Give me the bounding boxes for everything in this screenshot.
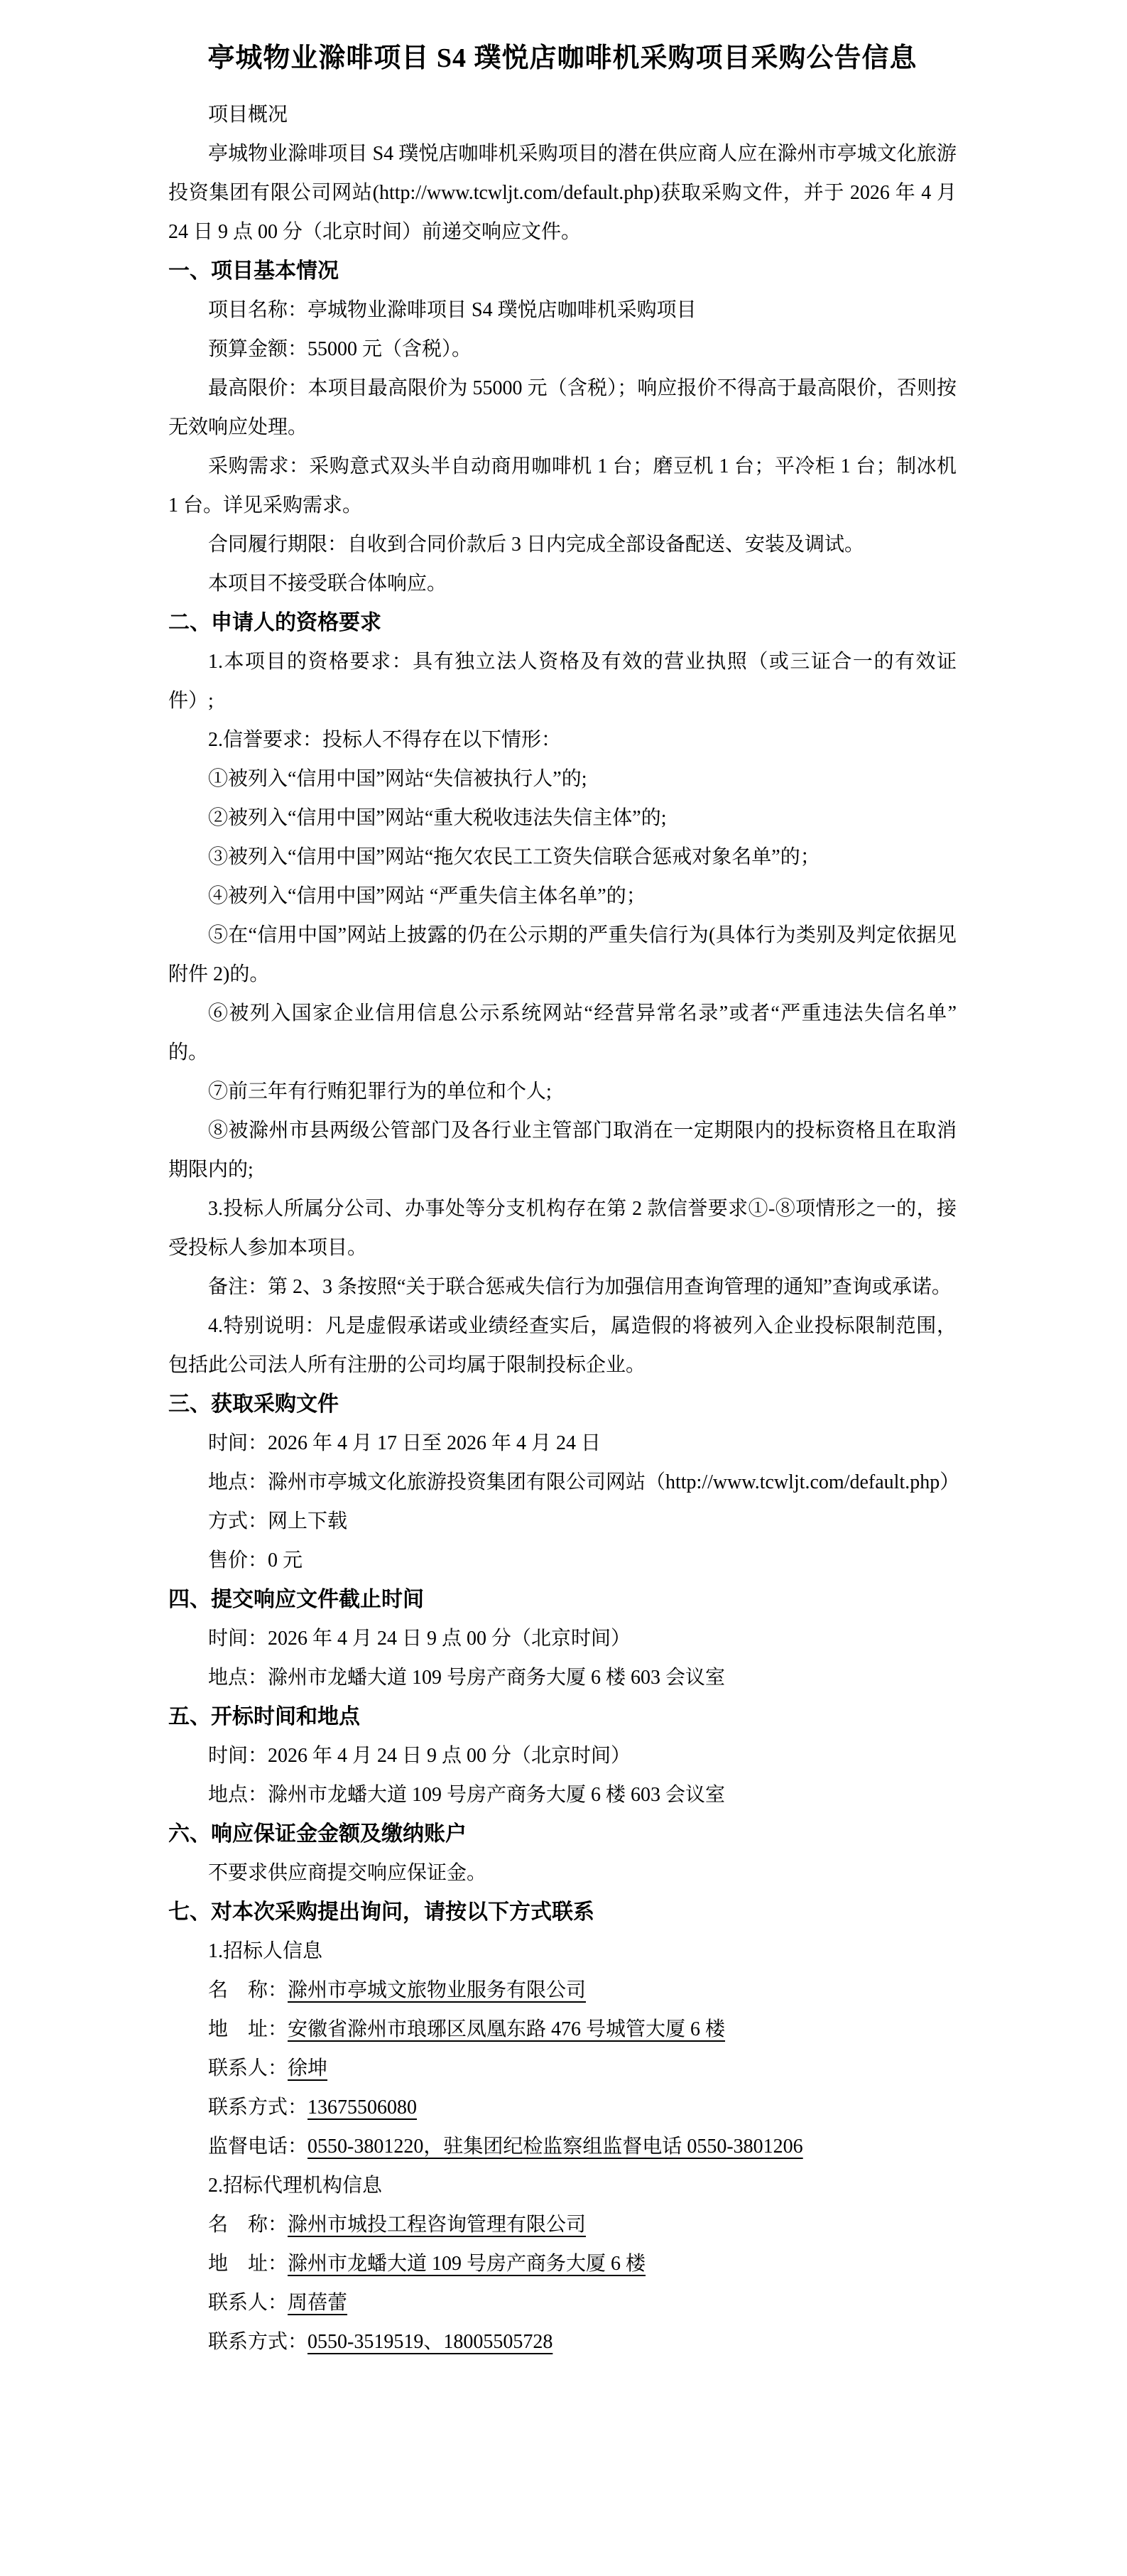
- deadline-time-line: 时间：2026 年 4 月 24 日 9 点 00 分（北京时间）: [168, 1619, 957, 1658]
- opening-time-line: 时间：2026 年 4 月 24 日 9 点 00 分（北京时间）: [168, 1736, 957, 1775]
- section-5-heading: 五、开标时间和地点: [168, 1697, 957, 1736]
- credit-case-1: ①被列入“信用中国”网站“失信被执行人”的;: [168, 759, 957, 799]
- credit-case-8: ⑧被滁州市县两级公管部门及各行业主管部门取消在一定期限内的投标资格且在取消期限内…: [168, 1111, 957, 1189]
- agency-info-title: 2.招标代理机构信息: [168, 2166, 957, 2205]
- credit-requirement-item: 2.信誉要求：投标人不得存在以下情形：: [168, 720, 957, 759]
- deposit-line: 不要求供应商提交响应保证金。: [168, 1853, 957, 1893]
- deadline-place-line: 地点：滁州市龙蟠大道 109 号房产商务大厦 6 楼 603 会议室: [168, 1658, 957, 1697]
- credit-case-5: ⑤在“信用中国”网站上披露的仍在公示期的严重失信行为(具体行为类别及判定依据见附…: [168, 916, 957, 994]
- contact-label: 名 称：: [208, 1979, 288, 2001]
- budget-line: 预算金额：55000 元（含税）。: [168, 330, 957, 369]
- bidder-contact-person-line: 联系人：徐坤: [168, 2049, 957, 2088]
- contract-term-line: 合同履行期限：自收到合同价款后 3 日内完成全部设备配送、安装及调试。: [168, 525, 957, 564]
- max-price-line: 最高限价：本项目最高限价为 55000 元（含税）；响应报价不得高于最高限价，否…: [168, 369, 957, 447]
- document-title: 亭城物业滁啡项目 S4 璞悦店咖啡机采购项目采购公告信息: [168, 33, 957, 84]
- doc-place-line: 地点：滁州市亭城文化旅游投资集团有限公司网站（http://www.tcwljt…: [168, 1463, 957, 1502]
- credit-case-6: ⑥被列入国家企业信用信息公示系统网站“经营异常名录”或者“严重违法失信名单”的。: [168, 994, 957, 1072]
- contact-label: 名 称：: [208, 2214, 288, 2236]
- contact-label: 地 址：: [208, 2253, 288, 2275]
- doc-method-line: 方式：网上下载: [168, 1502, 957, 1541]
- contact-value: 13675506080: [307, 2096, 417, 2118]
- contact-label: 地 址：: [208, 2018, 288, 2040]
- contact-value: 0550-3801220，驻集团纪检监察组监督电话 0550-3801206: [307, 2136, 803, 2158]
- special-note-clause: 4.特别说明：凡是虚假承诺或业绩经查实后，属造假的将被列入企业投标限制范围，包括…: [168, 1306, 957, 1385]
- contact-value: 滁州市龙蟠大道 109 号房产商务大厦 6 楼: [288, 2253, 646, 2275]
- section-1-heading: 一、项目基本情况: [168, 251, 957, 291]
- project-overview-label: 项目概况: [168, 95, 957, 134]
- contact-label: 联系人：: [208, 2057, 288, 2079]
- remark-clause: 备注：第 2、3 条按照“关于联合惩戒失信行为加强信用查询管理的通知”查询或承诺…: [168, 1267, 957, 1306]
- contact-label: 联系人：: [208, 2292, 288, 2314]
- agency-name-line: 名 称：滁州市城投工程咨询管理有限公司: [168, 2205, 957, 2244]
- project-name-line: 项目名称：亭城物业滁啡项目 S4 璞悦店咖啡机采购项目: [168, 291, 957, 330]
- contact-value: 滁州市城投工程咨询管理有限公司: [288, 2214, 586, 2236]
- section-3-heading: 三、获取采购文件: [168, 1385, 957, 1424]
- section-4-heading: 四、提交响应文件截止时间: [168, 1580, 957, 1619]
- bidder-info-title: 1.招标人信息: [168, 1932, 957, 1971]
- contact-value: 0550-3519519、18005505728: [307, 2331, 552, 2353]
- doc-time-line: 时间：2026 年 4 月 17 日至 2026 年 4 月 24 日: [168, 1424, 957, 1463]
- bidder-address-line: 地 址：安徽省滁州市琅琊区凤凰东路 476 号城管大厦 6 楼: [168, 2010, 957, 2049]
- contact-label: 监督电话：: [208, 2136, 307, 2158]
- agency-address-line: 地 址：滁州市龙蟠大道 109 号房产商务大厦 6 楼: [168, 2244, 957, 2283]
- branch-clause: 3.投标人所属分公司、办事处等分支机构存在第 2 款信誉要求①-⑧项情形之一的，…: [168, 1189, 957, 1267]
- credit-case-2: ②被列入“信用中国”网站“重大税收违法失信主体”的;: [168, 799, 957, 838]
- bidder-name-line: 名 称：滁州市亭城文旅物业服务有限公司: [168, 1971, 957, 2010]
- contact-label: 联系方式：: [208, 2331, 307, 2353]
- procurement-demand-line: 采购需求：采购意式双头半自动商用咖啡机 1 台；磨豆机 1 台；平冷柜 1 台；…: [168, 447, 957, 525]
- credit-case-3: ③被列入“信用中国”网站“拖欠农民工工资失信联合惩戒对象名单”的；: [168, 838, 957, 877]
- contact-value: 周蓓蕾: [288, 2292, 347, 2314]
- credit-case-7: ⑦前三年有行贿犯罪行为的单位和个人;: [168, 1072, 957, 1111]
- agency-contact-person-line: 联系人：周蓓蕾: [168, 2283, 957, 2322]
- contact-value: 滁州市亭城文旅物业服务有限公司: [288, 1979, 586, 2001]
- bidder-supervision-phone-line: 监督电话：0550-3801220，驻集团纪检监察组监督电话 0550-3801…: [168, 2127, 957, 2166]
- contact-value: 安徽省滁州市琅琊区凤凰东路 476 号城管大厦 6 楼: [288, 2018, 725, 2040]
- opening-place-line: 地点：滁州市龙蟠大道 109 号房产商务大厦 6 楼 603 会议室: [168, 1775, 957, 1814]
- contact-value: 徐坤: [288, 2057, 327, 2079]
- project-overview-text: 亭城物业滁啡项目 S4 璞悦店咖啡机采购项目的潜在供应商人应在滁州市亭城文化旅游…: [168, 134, 957, 251]
- qualification-item: 1.本项目的资格要求：具有独立法人资格及有效的营业执照（或三证合一的有效证件）;: [168, 642, 957, 720]
- credit-case-4: ④被列入“信用中国”网站 “严重失信主体名单”的；: [168, 877, 957, 916]
- section-6-heading: 六、响应保证金金额及缴纳账户: [168, 1814, 957, 1853]
- bidder-phone-line: 联系方式：13675506080: [168, 2088, 957, 2127]
- doc-price-line: 售价：0 元: [168, 1541, 957, 1580]
- agency-phone-line: 联系方式：0550-3519519、18005505728: [168, 2322, 957, 2361]
- section-2-heading: 二、申请人的资格要求: [168, 603, 957, 642]
- no-consortium-line: 本项目不接受联合体响应。: [168, 564, 957, 603]
- document-page: 亭城物业滁啡项目 S4 璞悦店咖啡机采购项目采购公告信息 项目概况 亭城物业滁啡…: [0, 0, 1127, 2576]
- contact-label: 联系方式：: [208, 2096, 307, 2118]
- section-7-heading: 七、对本次采购提出询问，请按以下方式联系: [168, 1893, 957, 1932]
